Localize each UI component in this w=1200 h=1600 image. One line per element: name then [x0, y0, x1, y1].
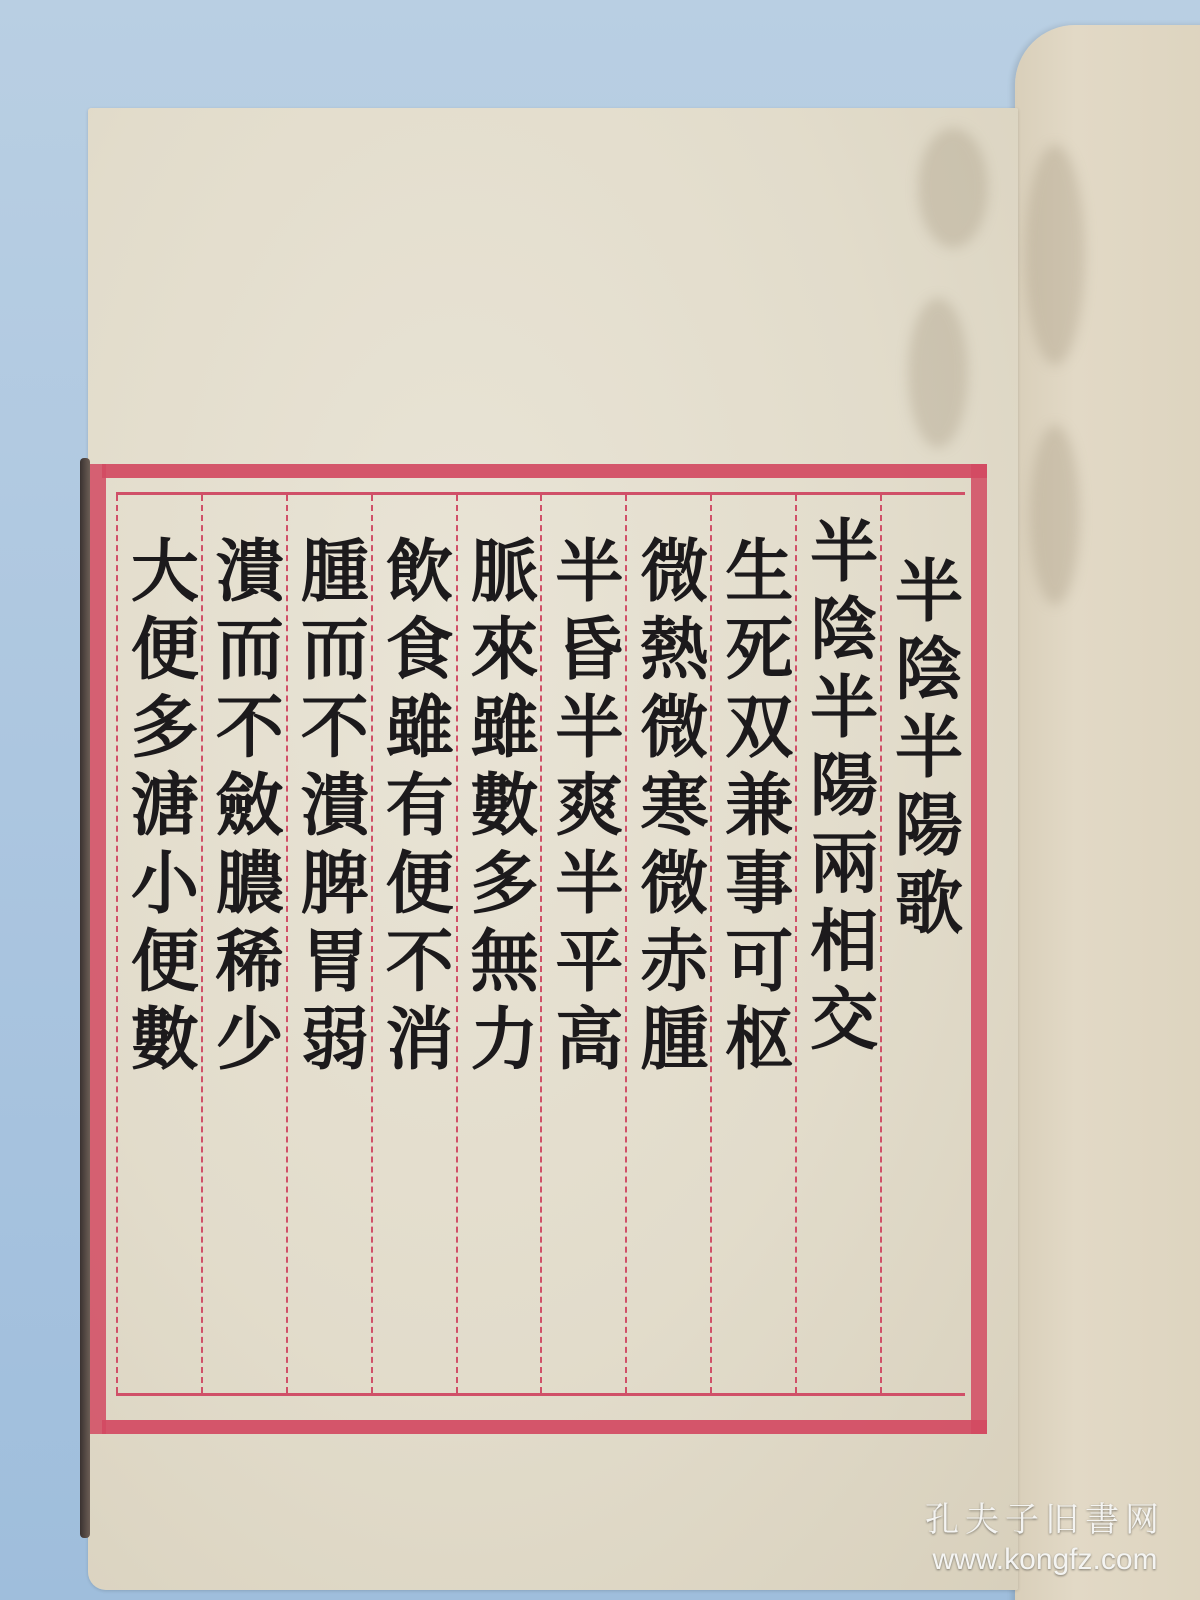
watermark-url: www.kongfz.com — [905, 1543, 1185, 1577]
watermark-name: 孔夫子旧書网 — [905, 1492, 1185, 1541]
column-8: 潰而不斂膿稀少 — [201, 495, 286, 1393]
column-title: 半陰半陽歌 — [880, 495, 965, 1393]
watermark: 孔夫子旧書网 www.kongfz.com — [905, 1492, 1185, 1577]
ruled-frame: 半陰半陽歌 半陰半陽兩相交 生死双兼事可枢 微熱微寒微赤腫 半昏半爽半平高 脈來… — [102, 464, 987, 1434]
frame-border-right — [971, 464, 987, 1434]
column-6: 飲食雖有便不消 — [371, 495, 456, 1393]
verse-line: 半昏半爽半平高 — [550, 495, 618, 1393]
verse-line: 微熱微寒微赤腫 — [635, 495, 703, 1393]
frame-border-bottom — [102, 1420, 987, 1434]
stain — [1025, 145, 1085, 365]
facing-page — [1015, 25, 1200, 1600]
verse-line: 半陰半陽兩相交 — [805, 495, 873, 1393]
stain — [908, 298, 968, 448]
stain — [918, 128, 988, 248]
column-7: 腫而不潰脾胃弱 — [286, 495, 371, 1393]
column-4: 半昏半爽半平高 — [540, 495, 625, 1393]
column-2: 生死双兼事可枢 — [710, 495, 795, 1393]
column-5: 脈來雖數多無力 — [456, 495, 541, 1393]
verse-line: 生死双兼事可枢 — [720, 495, 788, 1393]
verse-line: 腫而不潰脾胃弱 — [295, 495, 363, 1393]
poem-title: 半陰半陽歌 — [890, 495, 958, 1393]
column-3: 微熱微寒微赤腫 — [625, 495, 710, 1393]
frame-border-top — [102, 464, 987, 478]
stain — [1030, 425, 1080, 605]
column-9: 大便多溏小便數 — [116, 495, 201, 1393]
verse-line: 潰而不斂膿稀少 — [210, 495, 278, 1393]
verse-line: 大便多溏小便數 — [125, 495, 193, 1393]
text-columns: 半陰半陽歌 半陰半陽兩相交 生死双兼事可枢 微熱微寒微赤腫 半昏半爽半平高 脈來… — [116, 492, 965, 1396]
verse-line: 飲食雖有便不消 — [380, 495, 448, 1393]
frame-border-left — [90, 464, 106, 1434]
column-1: 半陰半陽兩相交 — [795, 495, 880, 1393]
verse-line: 脈來雖數多無力 — [465, 495, 533, 1393]
